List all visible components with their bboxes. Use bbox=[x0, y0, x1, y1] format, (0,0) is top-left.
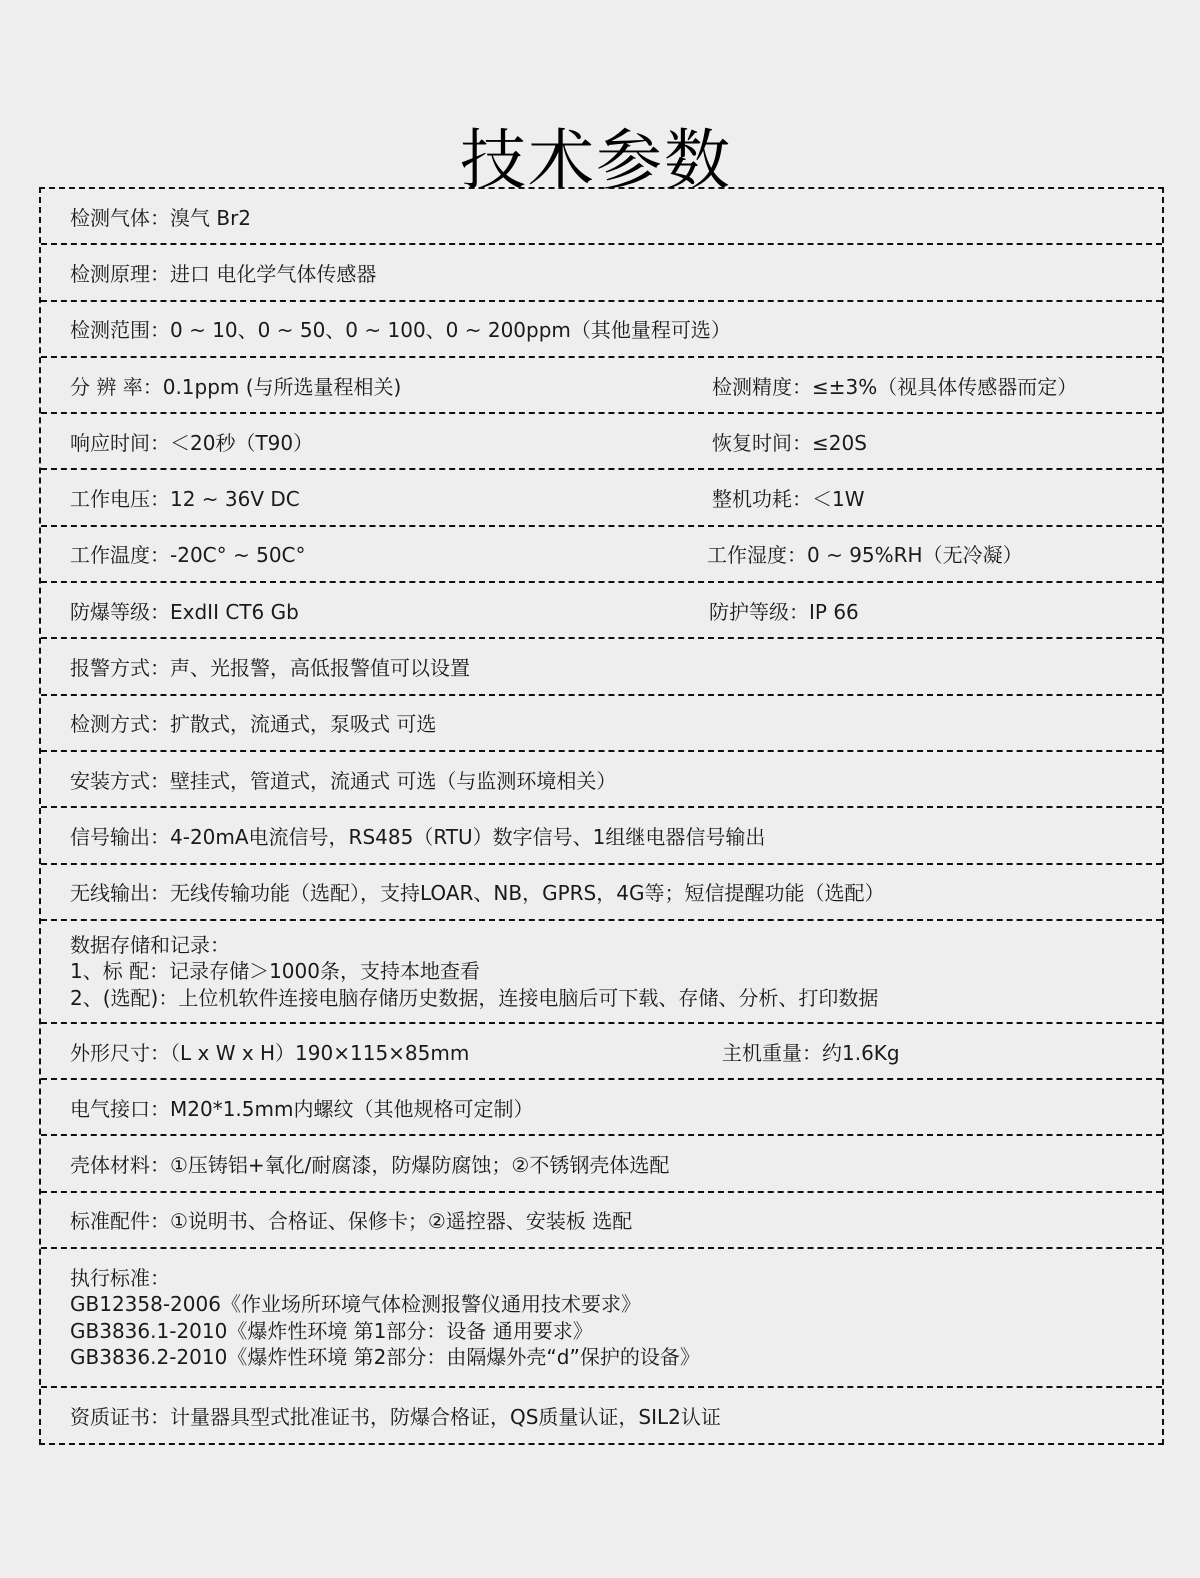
spec-row-interface: 电气接口：M20*1.5mm内螺纹（其他规格可定制） bbox=[41, 1080, 1162, 1136]
spec-row-signal-output: 信号输出：4-20mA电流信号，RS485（RTU）数字信号、1组继电器信号输出 bbox=[41, 808, 1162, 864]
spec-row-certificates: 资质证书：计量器具型式批准证书，防爆合格证，QS质量认证，SIL2认证 bbox=[41, 1388, 1162, 1443]
spec-row-dimensions-weight: 外形尺寸：（L x W x H）190×115×85mm 主机重量：约1.6Kg bbox=[41, 1024, 1162, 1080]
electrical-interface: 电气接口：M20*1.5mm内螺纹（其他规格可定制） bbox=[70, 1093, 533, 1122]
spec-row-alarm: 报警方式：声、光报警，高低报警值可以设置 bbox=[41, 639, 1162, 695]
standard-gb3836-2: GB3836.2-2010《爆炸性环境 第2部分：由隔爆外壳“d”保护的设备》 bbox=[70, 1344, 700, 1371]
accuracy: 检测精度：≤±3%（视具体传感器而定） bbox=[712, 358, 1077, 412]
recovery-time: 恢复时间：≤20S bbox=[712, 414, 867, 468]
data-storage-optional: 2、(选配)：上位机软件连接电脑存储历史数据，连接电脑后可下载、存储、分析、打印… bbox=[70, 985, 878, 1012]
spec-row-response-recovery: 响应时间：＜20秒（T90） 恢复时间：≤20S bbox=[41, 414, 1162, 470]
spec-row-resolution-accuracy: 分 辨 率：0.1ppm (与所选量程相关) 检测精度：≤±3%（视具体传感器而… bbox=[41, 358, 1162, 414]
spec-row-range: 检测范围：0 ~ 10、0 ~ 50、0 ~ 100、0 ~ 200ppm（其他… bbox=[41, 302, 1162, 358]
spec-row-gas: 检测气体：溴气 Br2 bbox=[41, 189, 1162, 245]
spec-row-detection-mode: 检测方式：扩散式，流通式，泵吸式 可选 bbox=[41, 696, 1162, 752]
data-storage-heading: 数据存储和记录： bbox=[70, 932, 230, 959]
response-time: 响应时间：＜20秒（T90） bbox=[70, 427, 313, 456]
spec-table: 检测气体：溴气 Br2 检测原理：进口 电化学气体传感器 检测范围：0 ~ 10… bbox=[39, 187, 1164, 1445]
standard-gb3836-1: GB3836.1-2010《爆炸性环境 第1部分：设备 通用要求》 bbox=[70, 1318, 593, 1345]
installation-mode: 安装方式：壁挂式，管道式，流通式 可选（与监测环境相关） bbox=[70, 765, 616, 794]
spec-row-temperature-humidity: 工作温度：-20C° ~ 50C° 工作湿度：0 ~ 95%RH（无冷凝） bbox=[41, 527, 1162, 583]
spec-row-explosion-protection: 防爆等级：ExdII CT6 Gb 防护等级：IP 66 bbox=[41, 583, 1162, 639]
certificates: 资质证书：计量器具型式批准证书，防爆合格证，QS质量认证，SIL2认证 bbox=[70, 1401, 721, 1430]
spec-row-installation: 安装方式：壁挂式，管道式，流通式 可选（与监测环境相关） bbox=[41, 752, 1162, 808]
detection-range: 检测范围：0 ~ 10、0 ~ 50、0 ~ 100、0 ~ 200ppm（其他… bbox=[70, 314, 731, 343]
signal-output: 信号输出：4-20mA电流信号，RS485（RTU）数字信号、1组继电器信号输出 bbox=[70, 821, 765, 850]
data-storage-standard: 1、标 配：记录存储＞1000条，支持本地查看 bbox=[70, 958, 480, 985]
spec-row-accessories: 标准配件：①说明书、合格证、保修卡；②遥控器、安装板 选配 bbox=[41, 1193, 1162, 1249]
spec-row-wireless-output: 无线输出：无线传输功能（选配），支持LOAR、NB，GPRS，4G等；短信提醒功… bbox=[41, 865, 1162, 921]
housing-material: 壳体材料：①压铸铝+氧化/耐腐漆，防爆防腐蚀；②不锈钢壳体选配 bbox=[70, 1149, 669, 1178]
detection-mode: 检测方式：扩散式，流通式，泵吸式 可选 bbox=[70, 708, 436, 737]
explosion-proof-grade: 防爆等级：ExdII CT6 Gb bbox=[70, 596, 299, 625]
spec-row-principle: 检测原理：进口 电化学气体传感器 bbox=[41, 245, 1162, 301]
dimensions: 外形尺寸：（L x W x H）190×115×85mm bbox=[70, 1037, 469, 1066]
detection-principle: 检测原理：进口 电化学气体传感器 bbox=[70, 258, 376, 287]
weight: 主机重量：约1.6Kg bbox=[722, 1024, 900, 1078]
detected-gas: 检测气体：溴气 Br2 bbox=[70, 202, 251, 231]
working-humidity: 工作湿度：0 ~ 95%RH（无冷凝） bbox=[707, 527, 1023, 581]
protection-grade: 防护等级：IP 66 bbox=[709, 583, 859, 637]
resolution: 分 辨 率：0.1ppm (与所选量程相关) bbox=[70, 371, 401, 400]
spec-row-housing: 壳体材料：①压铸铝+氧化/耐腐漆，防爆防腐蚀；②不锈钢壳体选配 bbox=[41, 1136, 1162, 1192]
spec-row-standards: 执行标准： GB12358-2006《作业场所环境气体检测报警仪通用技术要求》 … bbox=[41, 1249, 1162, 1388]
alarm-mode: 报警方式：声、光报警，高低报警值可以设置 bbox=[70, 652, 470, 681]
standards-heading: 执行标准： bbox=[70, 1265, 170, 1292]
spec-row-voltage-power: 工作电压：12 ~ 36V DC 整机功耗：＜1W bbox=[41, 470, 1162, 526]
working-voltage: 工作电压：12 ~ 36V DC bbox=[70, 483, 300, 512]
power-consumption: 整机功耗：＜1W bbox=[712, 470, 865, 524]
wireless-output: 无线输出：无线传输功能（选配），支持LOAR、NB，GPRS，4G等；短信提醒功… bbox=[70, 877, 884, 906]
spec-row-data-storage: 数据存储和记录： 1、标 配：记录存储＞1000条，支持本地查看 2、(选配)：… bbox=[41, 921, 1162, 1024]
working-temperature: 工作温度：-20C° ~ 50C° bbox=[70, 539, 306, 568]
standard-accessories: 标准配件：①说明书、合格证、保修卡；②遥控器、安装板 选配 bbox=[70, 1205, 632, 1234]
standard-gb12358: GB12358-2006《作业场所环境气体检测报警仪通用技术要求》 bbox=[70, 1291, 641, 1318]
